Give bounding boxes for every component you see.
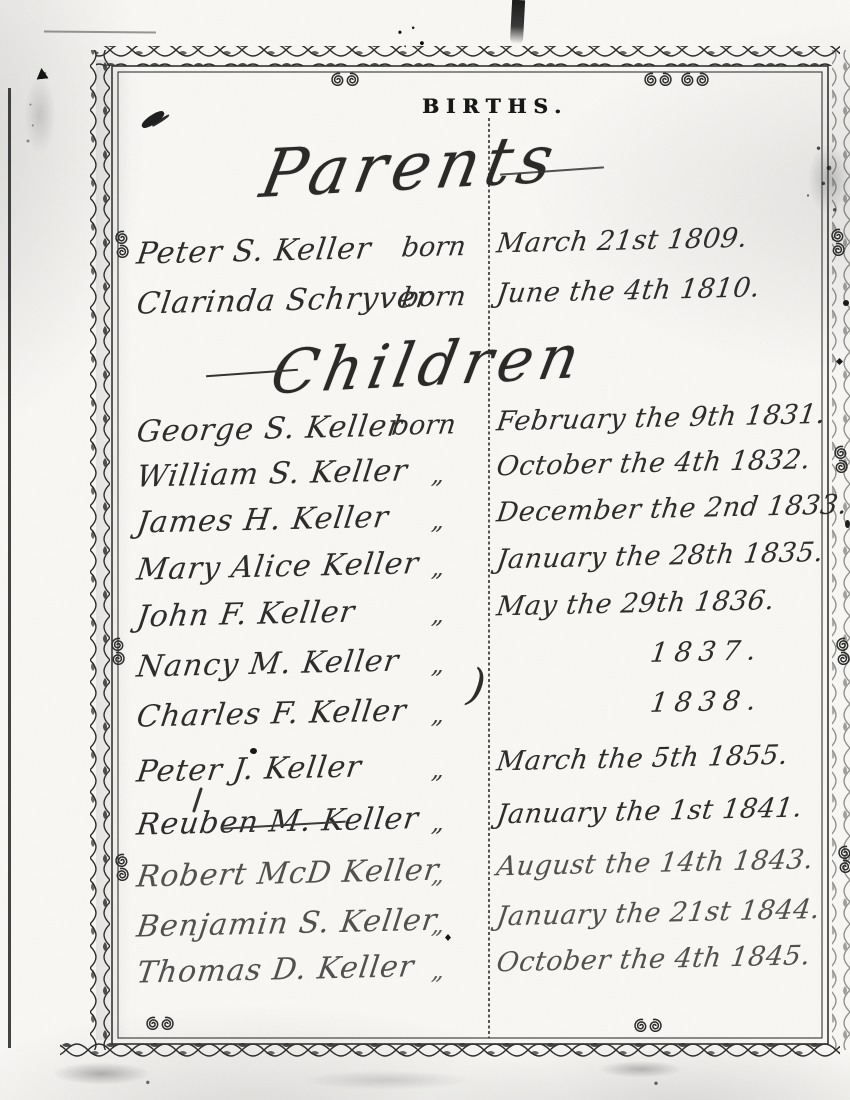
birth-date: January the 1st 1841.: [495, 792, 817, 830]
birth-date: August the 14th 1843.: [495, 844, 817, 882]
birth-date: January the 28th 1835.: [495, 537, 817, 575]
parents-heading: Parents: [255, 120, 566, 213]
person-name: Clarinda Schryver: [135, 280, 434, 322]
person-name: Thomas D. Keller: [135, 949, 417, 990]
ditto-mark: „: [430, 756, 446, 784]
person-name: Peter J. Keller: [135, 749, 364, 789]
person-name: Benjamin S. Keller: [135, 903, 440, 945]
ditto-mark: „: [430, 601, 446, 629]
birth-date: October the 4th 1845.: [495, 940, 817, 978]
ditto-mark: „: [430, 809, 446, 837]
ditto-mark: „: [430, 861, 446, 889]
person-name: George S. Keller: [135, 408, 406, 449]
ditto-mark: „: [430, 507, 446, 535]
person-name: Mary Alice Keller: [135, 546, 422, 588]
ditto-mark: „: [430, 701, 446, 729]
page-title: BIRTHS.: [400, 94, 590, 118]
person-name: James H. Keller: [135, 500, 392, 541]
birth-date: June the 4th 1810.: [495, 271, 817, 309]
birth-date: December the 2nd 1833.: [495, 490, 817, 528]
birth-date: March the 5th 1855.: [495, 739, 817, 777]
ditto-mark: „: [430, 554, 446, 582]
born-label: born: [400, 231, 468, 264]
ditto-mark: „: [430, 911, 446, 939]
ditto-mark: „: [430, 651, 446, 679]
person-name: Charles F. Keller: [135, 693, 409, 734]
ditto-mark: „: [430, 957, 446, 985]
person-name: William S. Keller: [135, 453, 410, 494]
birth-date: March 21st 1809.: [495, 221, 817, 259]
birth-date: 1837.: [495, 634, 817, 672]
birth-date: February the 9th 1831.: [495, 399, 817, 437]
birth-date: October the 4th 1832.: [495, 444, 817, 482]
scanned-register-page: BIRTHS. Parents Children Peter S. Keller…: [0, 0, 850, 1100]
born-label: born: [390, 409, 458, 442]
birth-date: January the 21st 1844.: [495, 894, 817, 932]
person-name: Reuben M. Keller: [135, 801, 422, 843]
person-name: Peter S. Keller: [135, 231, 374, 271]
birth-date: 1838.: [495, 684, 817, 722]
person-name: Nancy M. Keller: [135, 644, 402, 685]
born-label: born: [400, 281, 468, 314]
birth-date: May the 29th 1836.: [495, 584, 817, 622]
person-name: John F. Keller: [135, 595, 358, 635]
ditto-mark: „: [430, 461, 446, 489]
person-name: Robert McD Keller: [135, 853, 442, 895]
